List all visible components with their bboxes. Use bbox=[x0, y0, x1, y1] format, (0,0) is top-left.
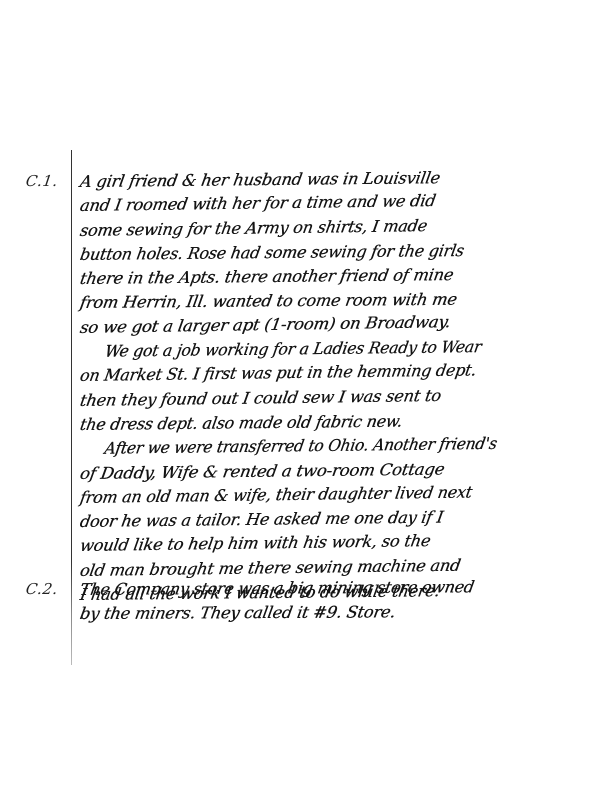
text-line: by the miners. They called it #9. Store. bbox=[78, 600, 582, 627]
entry-c2: The Company store was a big mining store… bbox=[80, 578, 580, 627]
entry-label-c2: C.2. bbox=[25, 580, 60, 598]
margin-rule bbox=[71, 150, 72, 665]
entry-c1: A girl friend & her husband was in Louis… bbox=[80, 170, 580, 607]
document-page: C.1. A girl friend & her husband was in … bbox=[0, 0, 612, 792]
text-line: The Company store was a big mining store… bbox=[78, 575, 572, 603]
entry-label-c1: C.1. bbox=[25, 172, 60, 190]
